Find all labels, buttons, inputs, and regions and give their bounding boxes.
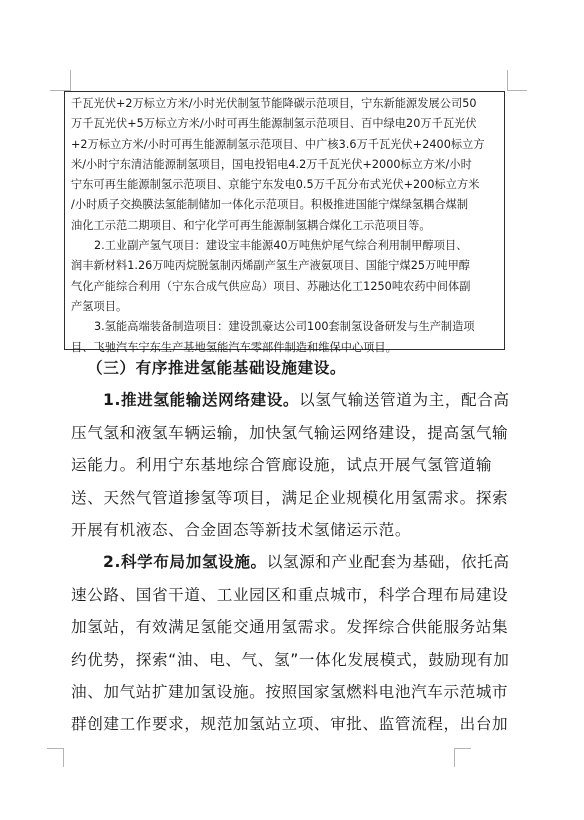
- paragraph-2-title: 2.科学布局加氢设施。: [103, 553, 267, 571]
- corner-mark-bottom-right-h: [454, 748, 471, 749]
- box-line: 千瓦光伏+2万标立方米/小时光伏制氢节能降碳示范项目，宁东新能源发展公司50: [71, 94, 500, 114]
- corner-mark-bottom-right-v: [454, 748, 455, 767]
- corner-mark-top-right-v: [507, 70, 508, 91]
- box-line: 万千瓦光伏+5万标立方米/小时可再生能源制氢示范项目、百中绿电20万千瓦光伏: [71, 114, 500, 134]
- paragraph-2-line: 群创建工作要求，规范加氢站立项、审批、监管流程，出台加: [71, 708, 511, 740]
- box-line: 米/小时宁东清洁能源制氢项目，国电投铝电4.2万千瓦光伏+2000标立方米/小时: [71, 155, 500, 175]
- box-line: 油化工示范二期项目、和宁化学可再生能源制氢耦合煤化工示范项目等。: [71, 216, 500, 236]
- paragraph-1-line: 开展有机液态、合金固态等新技术氢储运示范。: [71, 514, 511, 546]
- box-line: +2万标立方米/小时可再生能源制氢示范项目、中广核3.6万千瓦光伏+2400标立…: [71, 135, 500, 155]
- paragraph-2-line: 速公路、国省干道、工业园区和重点城市，科学合理布局建设: [71, 579, 511, 611]
- paragraph-2-line: 油、加气站扩建加氢设施。按照国家氢燃料电池汽车示范城市: [71, 676, 511, 708]
- corner-mark-bottom-left-v: [63, 748, 64, 767]
- section-heading: （三）有序推进氢能基础设施建设。: [71, 352, 511, 384]
- paragraph-1-lead: 1.推进氢能输送网络建设。以氢气输送管道为主，配合高: [71, 384, 511, 416]
- paragraph-2-line: 加氢站，有效满足氢能交通用氢需求。发挥综合供能服务站集: [71, 611, 511, 643]
- project-list-box: 千瓦光伏+2万标立方米/小时光伏制氢节能降碳示范项目，宁东新能源发展公司50 万…: [64, 91, 505, 350]
- box-line: /小时质子交换膜法氢能制储加一体化示范项目。积极推进国能宁煤绿氢耦合煤制: [71, 195, 500, 215]
- paragraph-2-line: 约优势，探索“油、电、气、氢”一体化发展模式，鼓励现有加: [71, 644, 511, 676]
- paragraph-1-line: 运能力。利用宁东基地综合管廊设施，试点开展气氢管道输: [71, 449, 511, 481]
- box-line-equipment-manufacturing: 3.氢能高端装备制造项目：建设凯豪达公司100套制氢设备研发与生产制造项: [71, 317, 500, 337]
- corner-mark-top-left-v: [70, 70, 71, 91]
- document-body: （三）有序推进氢能基础设施建设。 1.推进氢能输送网络建设。以氢气输送管道为主，…: [71, 352, 511, 741]
- box-line: 气化产能综合利用（宁东合成气供应岛）项目、苏融达化工1250吨农药中间体副: [71, 277, 500, 297]
- paragraph-2-lead-text: 以氢源和产业配套为基础，依托高: [267, 553, 510, 571]
- box-line: 宁东可再生能源制氢示范项目、京能宁东发电0.5万千瓦分布式光伏+200标立方米: [71, 175, 500, 195]
- corner-mark-bottom-left-h: [47, 748, 64, 749]
- box-line-industrial-byproduct: 2.工业副产氢气项目：建设宝丰能源40万吨焦炉尾气综合利用制甲醇项目、: [71, 236, 500, 256]
- paragraph-1-title: 1.推进氢能输送网络建设。: [103, 391, 299, 409]
- paragraph-1-line: 送、天然气管道掺氢等项目，满足企业规模化用氢需求。探索: [71, 482, 511, 514]
- box-line: 产氢项目。: [71, 297, 500, 317]
- paragraph-1-line: 压气氢和液氢车辆运输，加快氢气输运网络建设，提高氢气输: [71, 417, 511, 449]
- box-line: 润丰新材料1.26万吨丙烷脱氢制丙烯副产氢生产液氨项目、国能宁煤25万吨甲醇: [71, 256, 500, 276]
- paragraph-1-lead-text: 以氢气输送管道为主，配合高: [299, 391, 510, 409]
- paragraph-2-lead: 2.科学布局加氢设施。以氢源和产业配套为基础，依托高: [71, 546, 511, 578]
- corner-mark-top-right-h: [507, 90, 527, 91]
